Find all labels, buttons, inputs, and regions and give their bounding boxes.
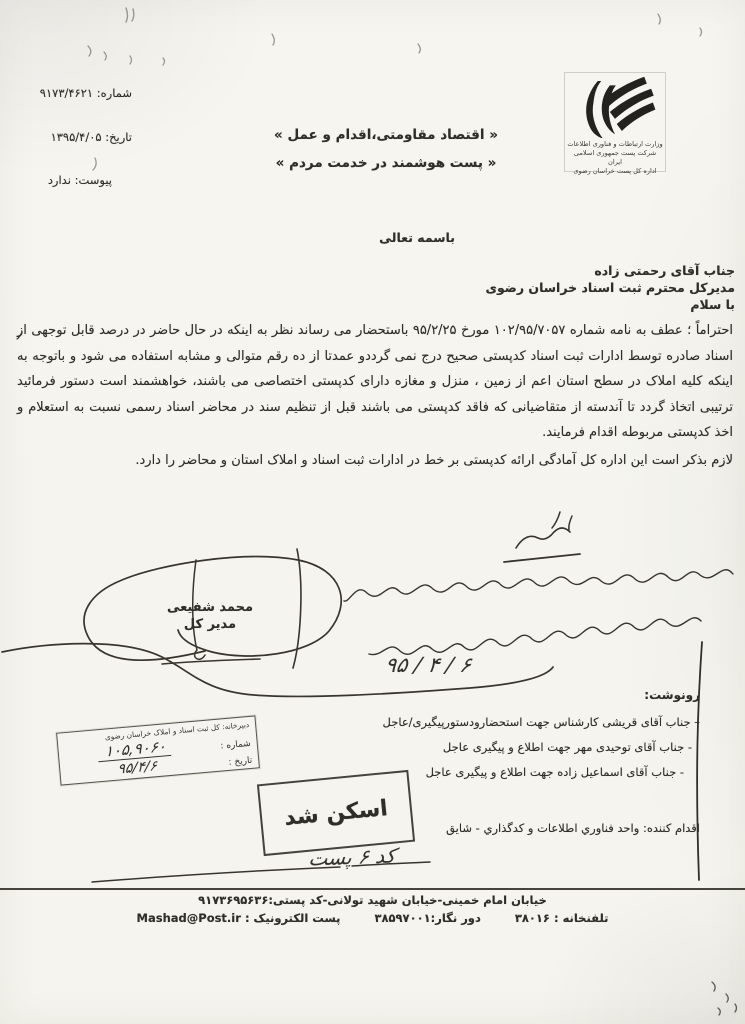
handwritten-basmala-scribble [516, 528, 570, 548]
letter-number-row: شماره: ۹۱۷۳/۴۶۲۱ [20, 86, 132, 100]
handwritten-date: ۹۵ / ۴ / ۶ [383, 653, 557, 677]
letter-date-label: تاریخ: [105, 130, 132, 144]
cc-block: رونوشت: – جناب آقای قریشی کارشناس جهت اس… [280, 688, 700, 785]
letterhead-line-3: اداره کل پست خراسان رضوی [566, 167, 664, 176]
handwritten-footer-note: کد ۶ پست [281, 843, 424, 872]
letterhead-line-2: شرکت پست جمهوری اسلامی ایران [566, 149, 664, 167]
footer-email: Mashad@Post.ir [137, 911, 241, 925]
iran-post-logo-icon [572, 74, 658, 138]
addressee-block: جناب آقای رحمتی زاده مدیرکل محترم ثبت اس… [335, 262, 735, 313]
slogan-line-1: « اقتصاد مقاومتی،اقدام و عمل » [236, 127, 536, 143]
signatory-name: محمد شفیعی [150, 599, 270, 616]
handwritten-annotation-line2 [369, 618, 701, 655]
footer-address: خیابان امام خمینی-خیابان شهید تولانی-کد … [0, 893, 745, 907]
scan-specks-bottom [712, 982, 737, 1015]
footer-phone: تلفنخانه : ۳۸۰۱۶ [515, 911, 609, 925]
body-paragraph: احتراماً ؛ عطف به نامه شماره ۱۰۲/۹۵/۷۰۵۷… [17, 318, 733, 446]
cc-label: رونوشت: [280, 688, 700, 702]
letter-page: شماره: ۹۱۷۳/۴۶۲۱ تاریخ: ۱۳۹۵/۴/۰۵ پیوست:… [0, 0, 745, 1024]
footer-email-label: پست الکترونیک : [245, 911, 341, 925]
letter-attachment-row: پیوست: ندارد [0, 173, 112, 187]
letter-number-value: ۹۱۷۳/۴۶۲۱ [40, 86, 93, 100]
letter-date-value: ۱۳۹۵/۴/۰۵ [51, 130, 102, 144]
footer-divider [0, 888, 745, 890]
received-stamp: دبیرخانه: کل ثبت اسناد و املاک خراسان رض… [56, 715, 260, 785]
footer-email-row: پست الکترونیک : Mashad@Post.ir [137, 911, 341, 925]
letter-attachment-label: پیوست: [75, 173, 112, 187]
handwritten-annotation-line1 [344, 570, 733, 601]
letterhead-text: وزارت ارتباطات و فناوری اطلاعات شرکت پست… [566, 140, 664, 176]
signatory-block: محمد شفیعی مدیر کل [150, 599, 270, 633]
handwritten-basmala-marks [552, 512, 572, 530]
cc-item: – جناب آقای قریشی کارشناس جهت استحضارودس… [280, 710, 700, 735]
letter-body: احتراماً ؛ عطف به نامه شماره ۱۰۲/۹۵/۷۰۵۷… [17, 318, 733, 475]
cc-item: - جناب آقای توحیدی مهر جهت اطلاع و پیگیر… [280, 735, 700, 760]
action-line: اقدام کننده: واحد فناوري اطلاعات و کدگذا… [300, 821, 700, 835]
salutation: با سلام [335, 296, 735, 313]
letter-date-row: تاریخ: ۱۳۹۵/۴/۰۵ [20, 130, 132, 144]
addressee-name: جناب آقای رحمتی زاده [335, 262, 735, 279]
basmala: باسمه تعالی [372, 230, 462, 245]
footer-contacts: تلفنخانه : ۳۸۰۱۶ دور نگار:۳۸۵۹۷۰۰۱ پست ا… [0, 911, 745, 925]
addressee-title: مدیرکل محترم ثبت اسناد خراسان رضوی [335, 279, 735, 296]
received-stamp-date-value: ۹۵/۴/۶ [111, 758, 163, 779]
received-stamp-date-label: تاریخ : [208, 756, 253, 770]
signatory-title: مدیر کل [150, 616, 270, 633]
letter-attachment-value: ندارد [48, 173, 71, 187]
footer-fax: دور نگار:۳۸۵۹۷۰۰۱ [374, 911, 480, 925]
letter-number-label: شماره: [97, 86, 132, 100]
body-note: لازم بذکر است این اداره کل آمادگی ارائه … [17, 448, 733, 474]
slogan-line-2: « پست هوشمند در خدمت مردم » [236, 155, 536, 171]
letterhead-line-1: وزارت ارتباطات و فناوری اطلاعات [566, 140, 664, 149]
